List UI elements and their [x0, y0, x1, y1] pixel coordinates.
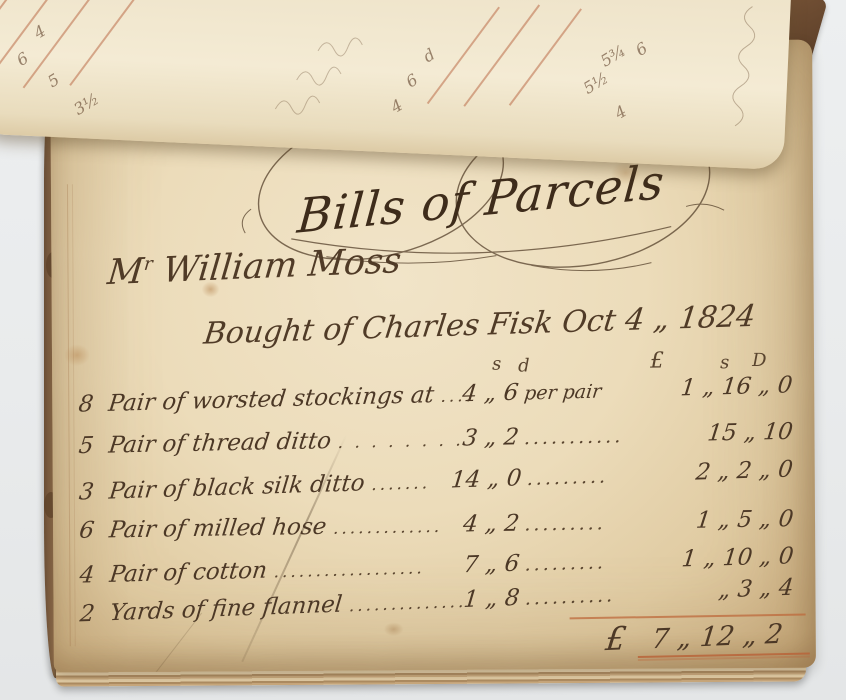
dot-leader: ...........	[523, 425, 625, 449]
item-price: 7 „ 6.........	[462, 548, 608, 578]
customer-honorific: M	[106, 252, 146, 294]
prev-page-figure: 4	[611, 101, 630, 123]
item-description: Pair of thread ditto . . . . . . . .	[107, 425, 466, 458]
item-price: 4 „ 2.........	[462, 509, 608, 537]
page-crease	[241, 434, 347, 662]
amount-column-header-pounds: £	[650, 349, 664, 374]
item-amount: 2 „ 2 „ 0	[637, 456, 794, 487]
item-quantity: 2	[79, 601, 96, 628]
item-price-text: 4 „ 2	[462, 511, 521, 538]
item-description: Yards of fine flannel ..............	[109, 587, 469, 627]
ruled-red-line	[509, 8, 582, 105]
item-description: Pair of cotton ..................	[108, 553, 427, 588]
prev-page-figure: d	[420, 45, 439, 67]
item-description-text: Pair of cotton	[108, 558, 268, 588]
item-quantity: 4	[78, 562, 96, 588]
faint-vertical-script	[726, 0, 773, 151]
dot-leader: .........	[526, 465, 610, 490]
item-quantity: 6	[78, 518, 96, 544]
purchase-heading: Bought of Charles Fisk Oct 4 „ 1824	[202, 299, 758, 352]
item-row: 6 Pair of milled hose ............. 4 „ …	[77, 506, 797, 548]
item-description-text: Pair of milled hose	[108, 514, 328, 544]
item-description-text: Pair of thread ditto	[107, 428, 332, 459]
prev-page-figure: 5	[44, 70, 63, 92]
prev-page-figure: 5¾	[597, 41, 629, 71]
item-price: 4 „ 6per pair	[461, 377, 603, 407]
item-amount: „ 3 „ 4	[638, 575, 795, 607]
item-description: Pair of milled hose .............	[108, 512, 445, 544]
item-price: 1 „ 8..........	[462, 581, 617, 613]
item-amount: 1 „ 16 „ 0	[637, 372, 794, 402]
prev-page-figure: 6	[13, 48, 32, 70]
item-amount: 1 „ 10 „ 0	[638, 543, 795, 573]
prev-page-figure: 5½	[580, 68, 612, 98]
dot-leader: ..................	[273, 558, 426, 582]
total-line: £7 „ 12 „ 2	[604, 613, 786, 658]
ruled-red-line	[69, 0, 142, 86]
item-description: Pair of worsted stockings at ....	[107, 381, 476, 417]
item-price: 14 „ 0.........	[450, 462, 611, 493]
pound-sign: £	[604, 619, 629, 658]
dot-leader: . . . . . . . .	[337, 430, 465, 453]
dot-leader: .........	[524, 512, 608, 535]
ruled-red-line	[463, 4, 539, 106]
item-price-text: 1 „ 8	[462, 585, 520, 613]
dot-leader: .........	[524, 551, 608, 575]
item-price: 3 „ 2...........	[461, 422, 625, 451]
item-quantity: 3	[78, 479, 95, 506]
item-description-text: Pair of worsted stockings at	[107, 382, 435, 417]
prev-page-figure: 6	[632, 38, 651, 60]
item-amount: 15 „ 10	[637, 419, 794, 448]
item-price-text: 14 „ 0	[450, 465, 523, 493]
item-price-text: 4 „ 6	[461, 380, 520, 408]
amount-column-header-pence: D	[752, 350, 767, 371]
photograph-of-account-book: Bills of Parcels Mr William Moss Bought …	[0, 0, 846, 700]
age-spot	[384, 622, 404, 636]
item-description-text: Pair of black silk ditto	[108, 470, 366, 504]
dot-leader: ..........	[524, 584, 617, 609]
item-description: Pair of black silk ditto .......	[108, 468, 432, 504]
item-row: 8 Pair of worsted stockings at .... 4 „ …	[77, 372, 796, 421]
faint-script-marks	[254, 8, 409, 135]
item-description-text: Yards of fine flannel	[109, 591, 344, 626]
item-quantity: 5	[77, 433, 95, 459]
dot-leader: .......	[371, 473, 432, 495]
prev-page-figure: 4	[30, 21, 49, 43]
item-row: 5 Pair of thread ditto . . . . . . . . 3…	[77, 419, 796, 463]
item-amount: 1 „ 5 „ 0	[638, 506, 795, 535]
dot-leader: ..............	[348, 592, 468, 617]
dot-leader: .............	[332, 517, 444, 539]
ruled-margin-line	[67, 184, 71, 646]
item-quantity: 8	[77, 391, 95, 417]
ruled-red-line	[427, 7, 500, 104]
price-note: per pair	[523, 380, 603, 404]
amount-column-header-shillings: s	[720, 352, 729, 373]
prev-page-figure: 3½	[70, 89, 102, 119]
item-row: 3 Pair of black silk ditto ....... 14 „ …	[77, 456, 796, 509]
price-column-header-pence: d	[518, 355, 530, 376]
item-price-text: 3 „ 2	[461, 424, 520, 451]
item-price-text: 7 „ 6	[462, 551, 521, 579]
total-amount: 7 „ 12 „ 2	[650, 619, 785, 656]
customer-honorific-superscript: r	[143, 254, 154, 275]
price-column-header-shillings: s	[492, 354, 501, 375]
